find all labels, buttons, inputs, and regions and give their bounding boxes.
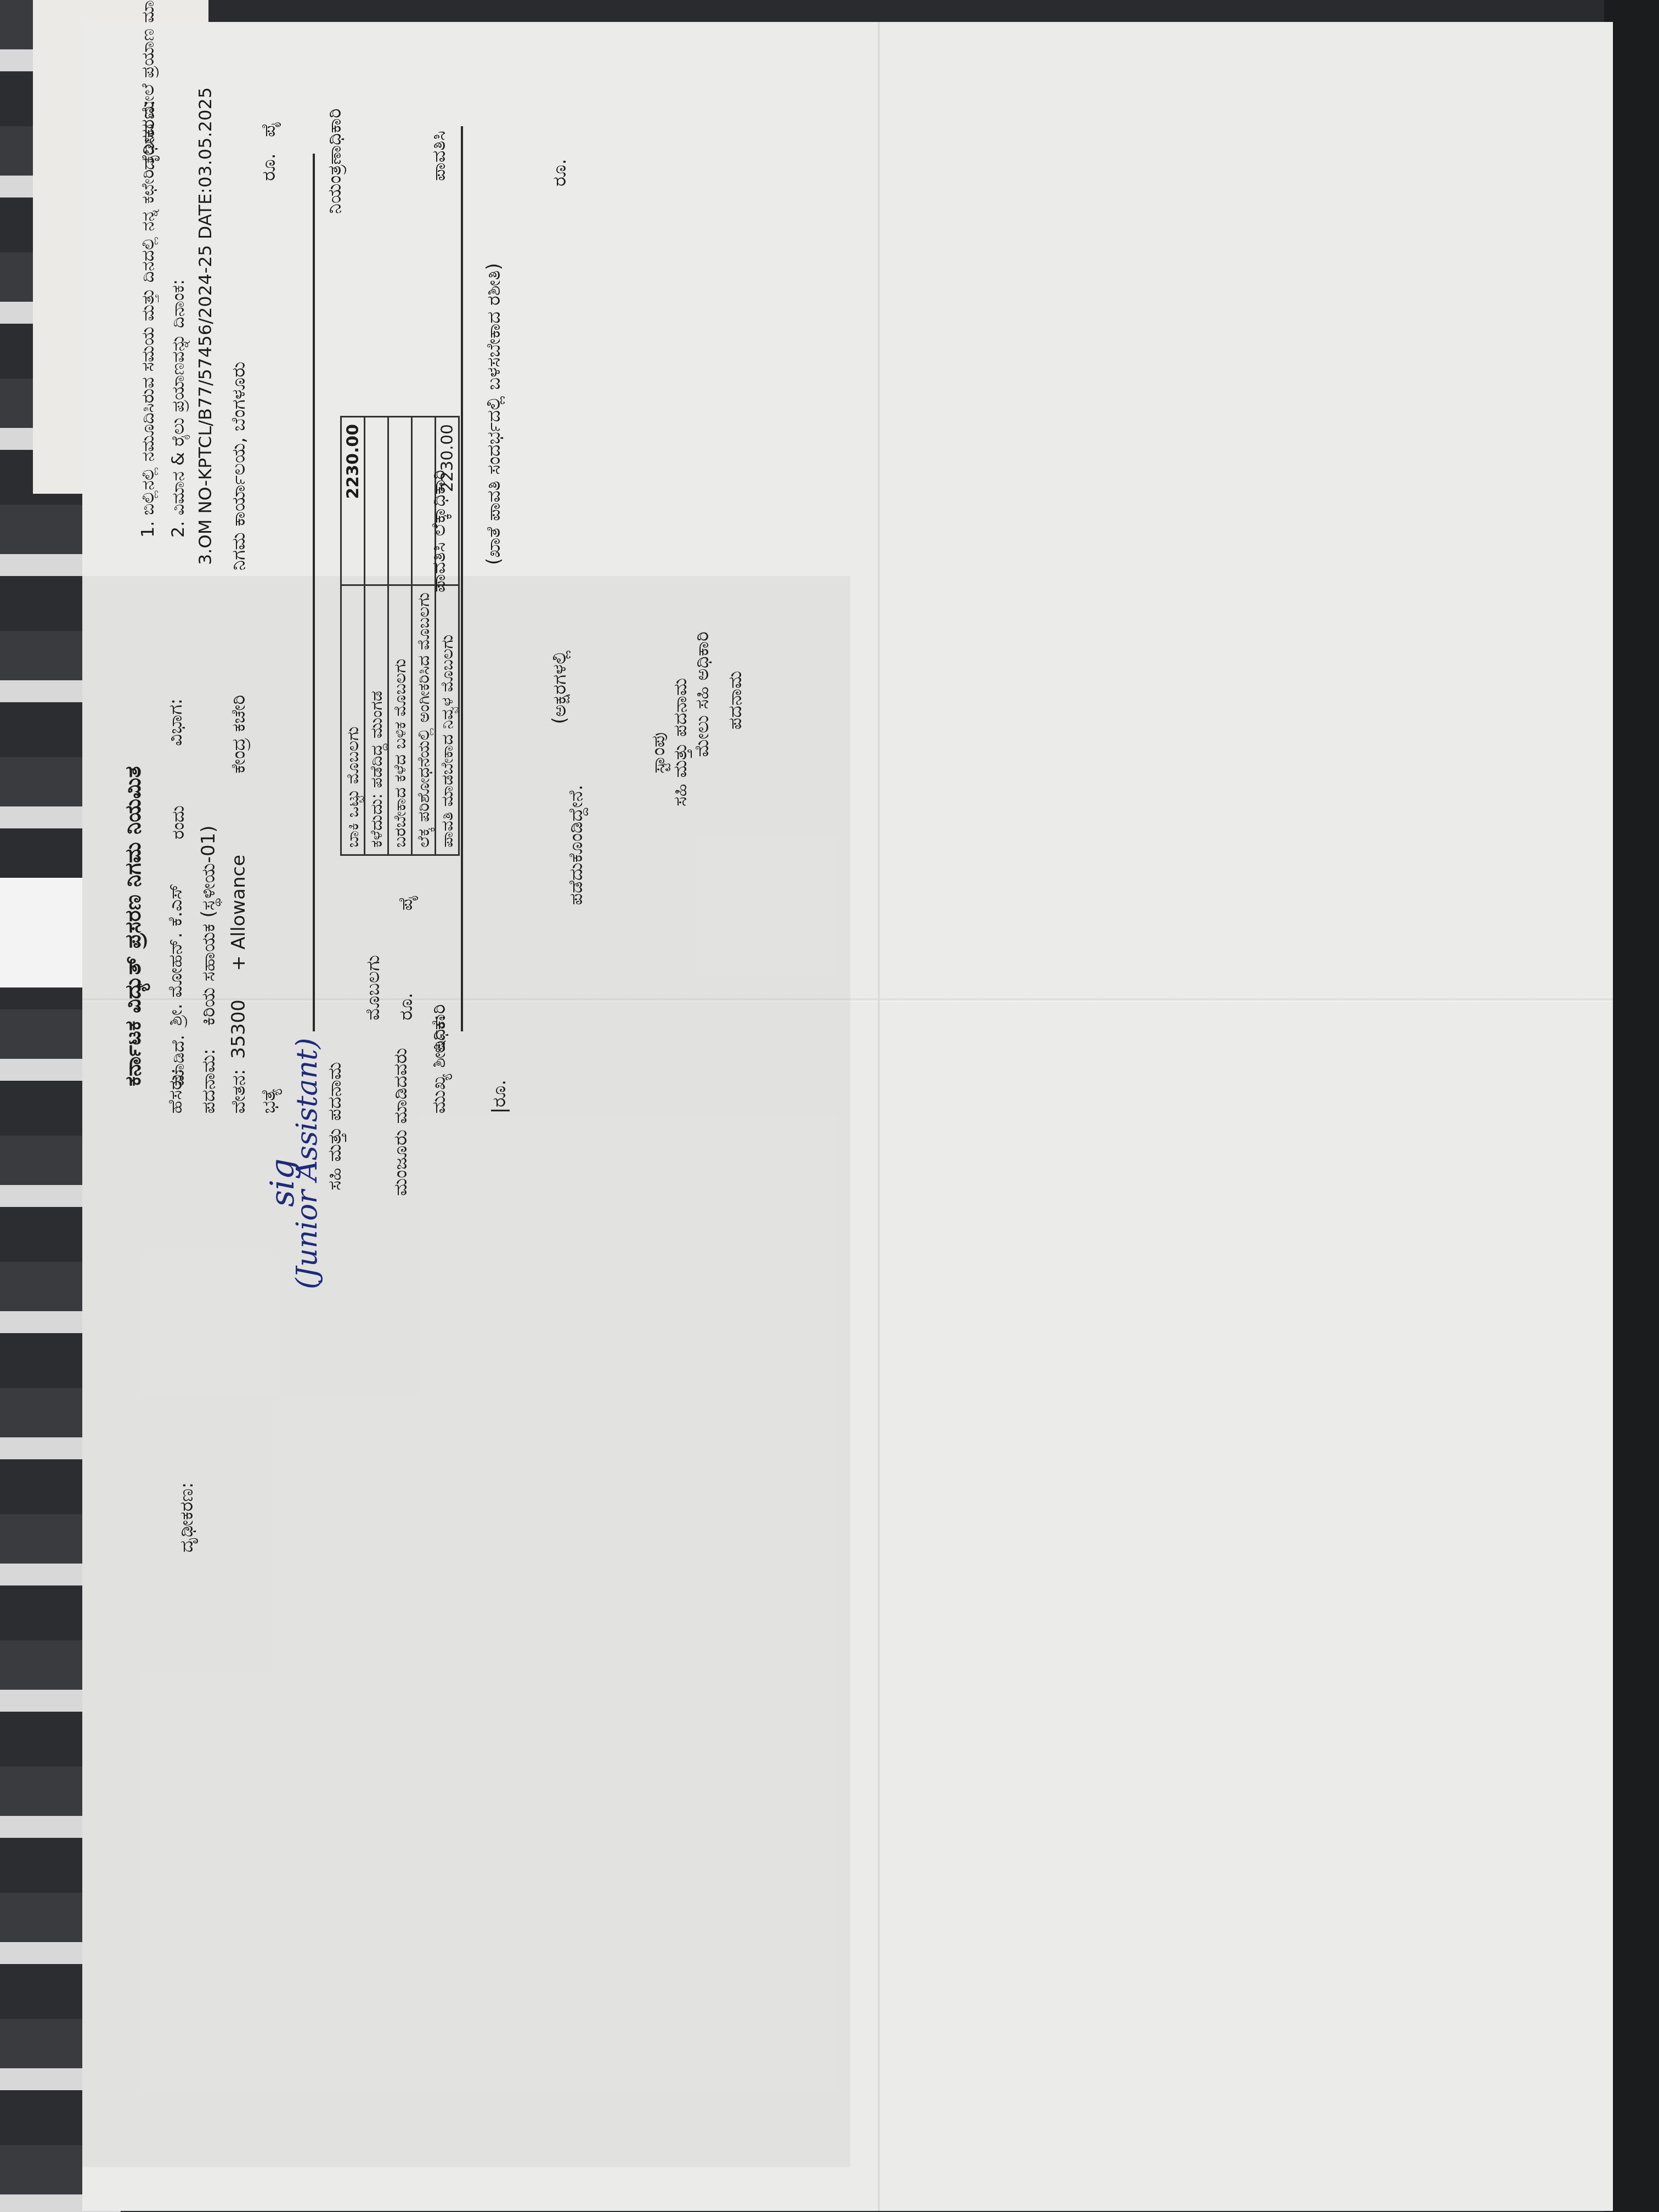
certification-note-2-on: ರಂದು xyxy=(167,805,189,839)
certification-note-2: 2. ವಿಮಾನ & ರೈಲು ಪ್ರಯಾಣವನ್ನು ದಿನಾಂಕ: xyxy=(167,279,189,538)
order-reference: 3.OM NO-KPTCL/B77/57456/2024-25 DATE:03.… xyxy=(195,87,216,565)
certification-note-1-text: 1. ಬಿಲ್ಲಿನಲ್ಲಿ ನಮೂದಿಸಿರುವ ಸಮಯ ಮತ್ತು ದಿನದ… xyxy=(137,0,159,538)
certification-note-2-end: ಮಾಡಿದೆ. xyxy=(167,1035,189,1086)
